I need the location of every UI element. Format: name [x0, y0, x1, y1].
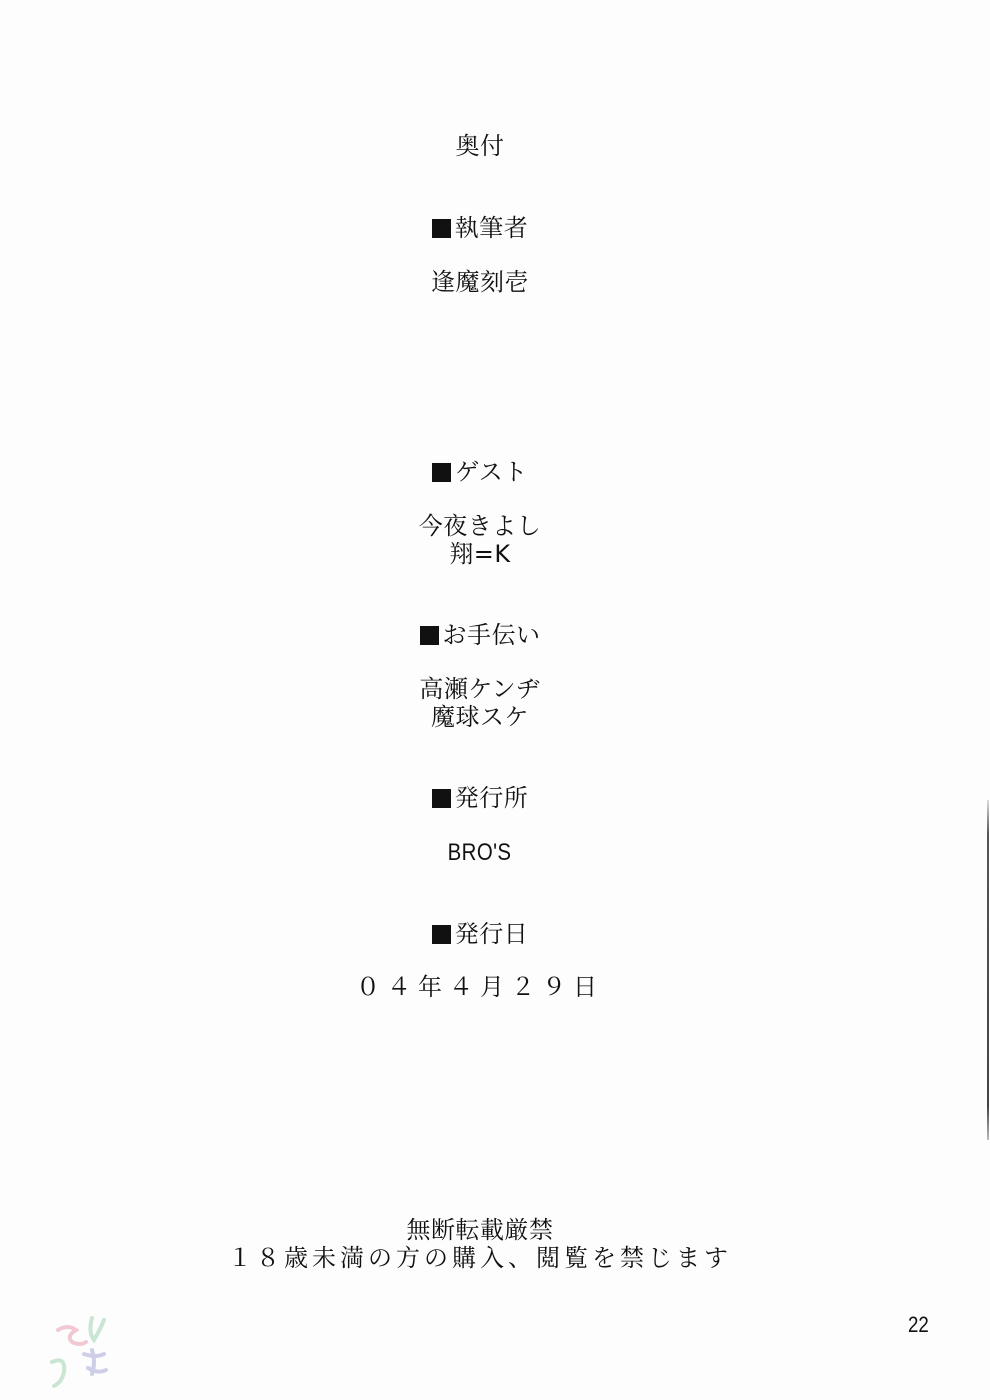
notice-no-reproduction: 無断転載厳禁: [0, 1216, 960, 1244]
publisher-name-text: BRO'S: [448, 839, 512, 867]
watermark-logo-icon: [40, 1310, 120, 1390]
section-heading-publish-date: 発行日: [0, 920, 960, 948]
heading-label: 発行所: [455, 784, 529, 812]
heading-label: 執筆者: [455, 214, 529, 242]
notice-age-restriction: １８歳未満の方の購入、閲覧を禁じます: [0, 1244, 960, 1272]
square-bullet-icon: [432, 219, 451, 238]
page-number: 22: [908, 1312, 929, 1338]
publish-date: ０４年４月２９日: [0, 973, 960, 1001]
scan-edge-line: [987, 800, 989, 1140]
colophon-page: 奥付 執筆者 逢魔刻壱 ゲスト 今夜きよし 翔=K お手伝い 高瀬ケンヂ 魔球ス…: [0, 0, 990, 1400]
assistant-name-1: 高瀬ケンヂ: [0, 675, 960, 703]
author-name: 逢魔刻壱: [0, 268, 960, 296]
heading-label: お手伝い: [443, 621, 541, 649]
publisher-name: BRO'S: [0, 838, 960, 867]
colophon-title: 奥付: [0, 132, 960, 160]
square-bullet-icon: [432, 463, 451, 482]
heading-label: ゲスト: [455, 458, 528, 486]
section-heading-guest: ゲスト: [0, 458, 960, 486]
assistant-name-2: 魔球スケ: [0, 703, 960, 731]
guest-name-2: 翔=K: [0, 540, 960, 568]
section-heading-publisher: 発行所: [0, 784, 960, 812]
heading-label: 発行日: [455, 920, 529, 948]
section-heading-assistants: お手伝い: [0, 621, 960, 649]
guest-name-1: 今夜きよし: [0, 512, 960, 540]
square-bullet-icon: [420, 626, 439, 645]
square-bullet-icon: [432, 789, 451, 808]
section-heading-author: 執筆者: [0, 214, 960, 242]
square-bullet-icon: [432, 925, 451, 944]
